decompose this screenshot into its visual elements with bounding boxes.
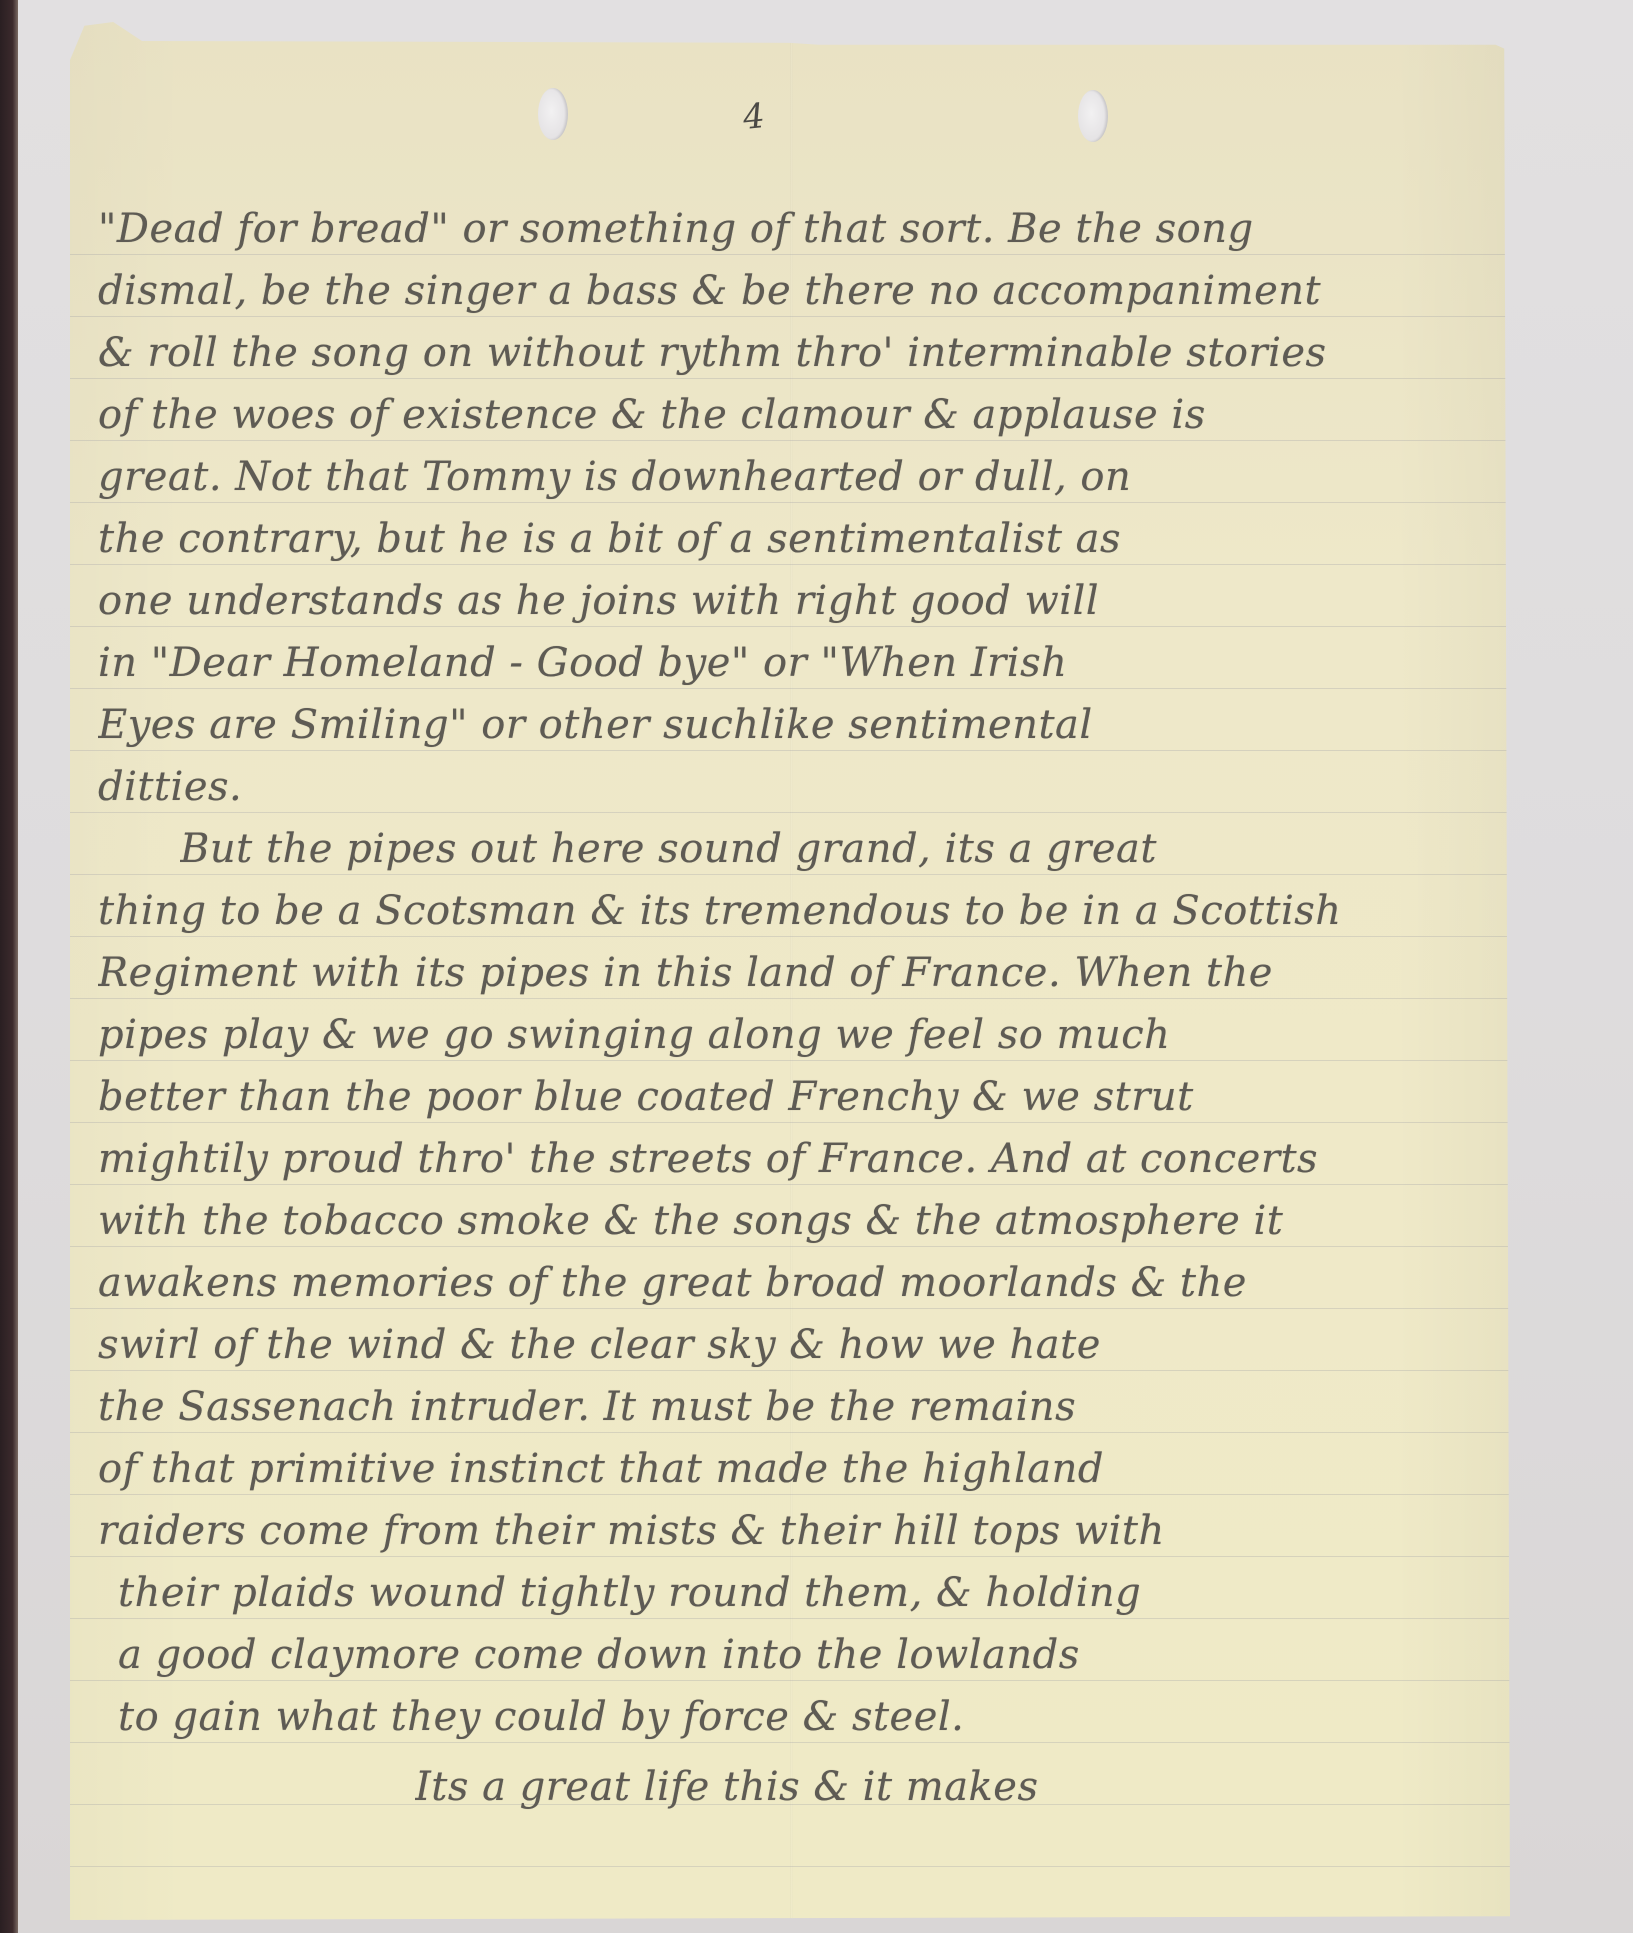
ruled-line bbox=[70, 1494, 1510, 1495]
ruled-line bbox=[70, 1308, 1510, 1309]
ruled-line bbox=[70, 254, 1510, 255]
text-line-16: mightily proud thro' the streets of Fran… bbox=[98, 1134, 1488, 1184]
punch-hole-left bbox=[538, 88, 568, 140]
ruled-line bbox=[70, 1122, 1510, 1123]
ruled-line bbox=[70, 1432, 1510, 1433]
ruled-line bbox=[70, 750, 1510, 751]
ruled-line bbox=[70, 936, 1510, 937]
text-line-24: a good claymore come down into the lowla… bbox=[118, 1630, 1508, 1680]
text-line-11: But the pipes out here sound grand, its … bbox=[180, 824, 1570, 874]
ruled-line bbox=[70, 1556, 1510, 1557]
text-line-12: thing to be a Scotsman & its tremendous … bbox=[98, 886, 1488, 936]
text-line-8: in "Dear Homeland - Good bye" or "When I… bbox=[98, 638, 1488, 688]
text-line-23: their plaids wound tightly round them, &… bbox=[118, 1568, 1508, 1618]
ruled-line bbox=[70, 1618, 1510, 1619]
ruled-line bbox=[70, 1184, 1510, 1185]
text-line-5: great. Not that Tommy is downhearted or … bbox=[98, 452, 1488, 502]
text-line-26: Its a great life this & it makes bbox=[415, 1762, 1633, 1812]
page-number: 4 bbox=[741, 96, 767, 138]
ruled-line bbox=[70, 1742, 1510, 1743]
photo-dark-edge bbox=[0, 0, 18, 1933]
ruled-line bbox=[70, 874, 1510, 875]
ruled-line bbox=[70, 688, 1510, 689]
ruled-line bbox=[70, 998, 1510, 999]
text-line-22: raiders come from their mists & their hi… bbox=[98, 1506, 1488, 1556]
text-line-13: Regiment with its pipes in this land of … bbox=[98, 948, 1488, 998]
text-line-15: better than the poor blue coated Frenchy… bbox=[98, 1072, 1488, 1122]
ruled-line bbox=[70, 440, 1510, 441]
ruled-line bbox=[70, 1060, 1510, 1061]
text-line-6: the contrary, but he is a bit of a senti… bbox=[98, 514, 1488, 564]
ruled-line bbox=[70, 626, 1510, 627]
text-line-14: pipes play & we go swinging along we fee… bbox=[98, 1010, 1488, 1060]
ruled-line bbox=[70, 316, 1510, 317]
ruled-line bbox=[70, 564, 1510, 565]
ruled-line bbox=[70, 1370, 1510, 1371]
text-line-21: of that primitive instinct that made the… bbox=[98, 1444, 1488, 1494]
text-line-17: with the tobacco smoke & the songs & the… bbox=[98, 1196, 1488, 1246]
punch-hole-right bbox=[1078, 90, 1108, 142]
letter-page: 4 "Dead for bread" or something of that … bbox=[70, 22, 1510, 1920]
text-line-1: "Dead for bread" or something of that so… bbox=[98, 204, 1488, 254]
text-line-20: the Sassenach intruder. It must be the r… bbox=[98, 1382, 1488, 1432]
text-line-7: one understands as he joins with right g… bbox=[98, 576, 1488, 626]
ruled-line bbox=[70, 1680, 1510, 1681]
text-line-18: awakens memories of the great broad moor… bbox=[98, 1258, 1488, 1308]
ruled-line bbox=[70, 378, 1510, 379]
text-line-3: & roll the song on without rythm thro' i… bbox=[98, 328, 1488, 378]
text-line-25: to gain what they could by force & steel… bbox=[118, 1692, 1508, 1742]
text-line-19: swirl of the wind & the clear sky & how … bbox=[98, 1320, 1488, 1370]
text-line-10: ditties. bbox=[98, 762, 1488, 812]
text-line-4: of the woes of existence & the clamour &… bbox=[98, 390, 1488, 440]
ruled-line bbox=[70, 812, 1510, 813]
ruled-line bbox=[70, 1866, 1510, 1867]
text-line-9: Eyes are Smiling" or other suchlike sent… bbox=[98, 700, 1488, 750]
text-line-2: dismal, be the singer a bass & be there … bbox=[98, 266, 1488, 316]
ruled-line bbox=[70, 1246, 1510, 1247]
ruled-line bbox=[70, 502, 1510, 503]
